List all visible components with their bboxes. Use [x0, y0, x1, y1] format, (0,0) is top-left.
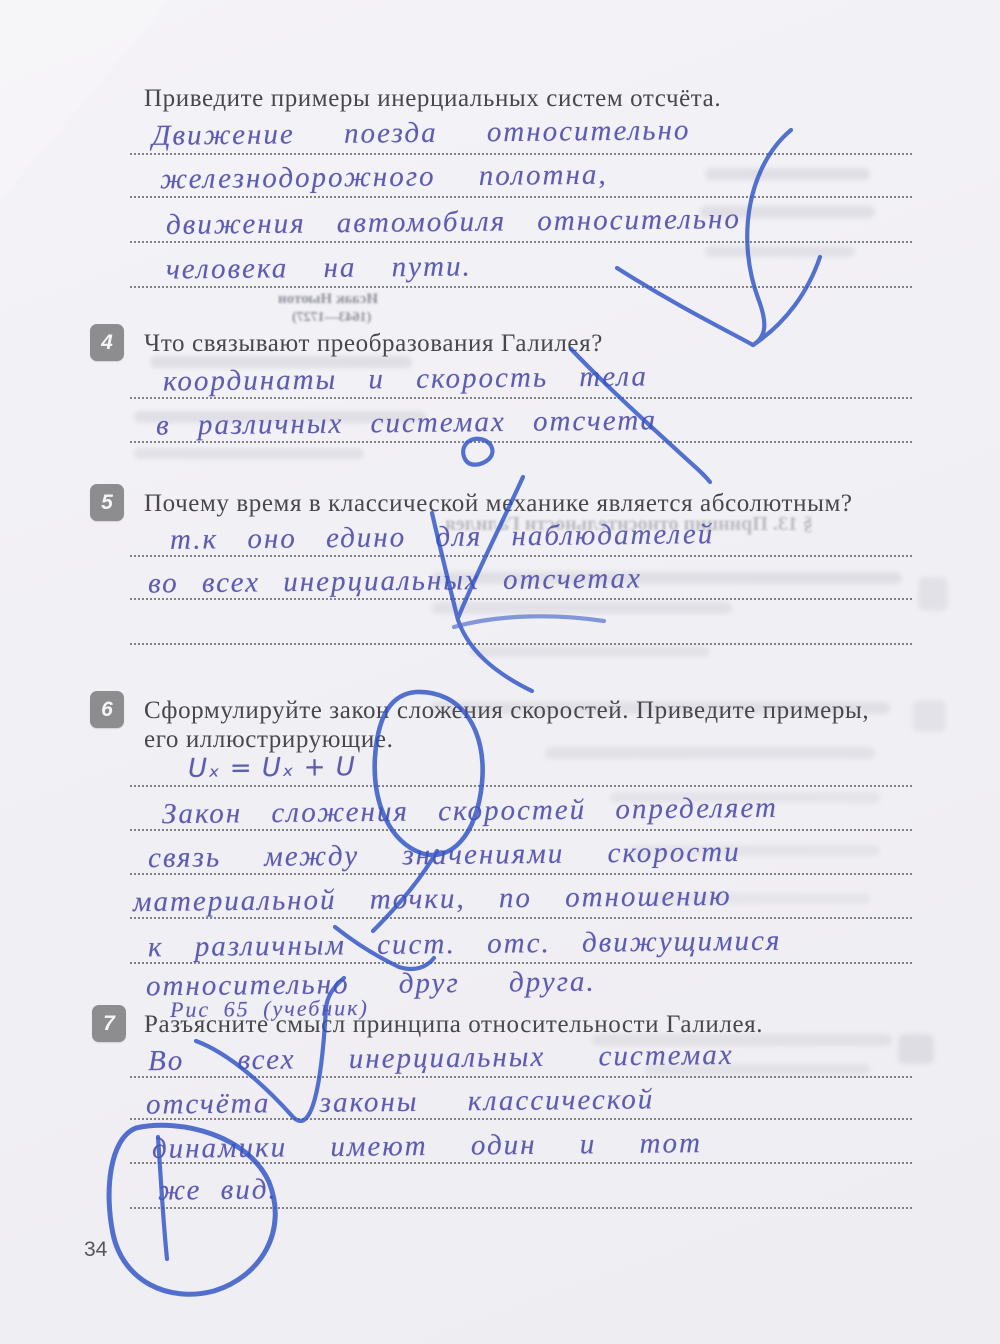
workbook-page: Исаак Ньютон (1643—1727) § 13. Принцип о… — [0, 0, 1000, 1344]
handwriting-line: железнодорожного полотна, — [160, 159, 608, 197]
question-6-number: 6 — [101, 698, 113, 722]
pen-stroke — [753, 257, 820, 345]
bleedthrough-stripe — [705, 246, 855, 257]
pen-stroke — [747, 130, 791, 345]
bleedthrough-badge-blob — [898, 1034, 934, 1064]
handwriting-line: Движение поезда относительно — [152, 114, 691, 153]
handwriting-line: динамики имеют один и тот — [152, 1127, 702, 1166]
rule-line — [130, 153, 912, 155]
rule-line — [130, 1207, 912, 1209]
handwriting-line: Во всех инерциальных системах — [148, 1039, 734, 1078]
handwriting-line: отсчёта законы классической — [146, 1083, 655, 1121]
question-7-text: Разъясните смысл принципа относительност… — [144, 1011, 763, 1039]
handwriting-line: т.к оно едино для наблюдателей — [170, 518, 715, 557]
rule-line — [130, 196, 912, 198]
handwriting-line: Закон сложения скоростей определяет — [162, 792, 778, 831]
question-4-text: Что связывают преобразования Галилея? — [144, 330, 603, 358]
rule-line — [130, 785, 912, 787]
handwriting-line: движения автомобиля относительно — [166, 203, 741, 242]
rule-line — [130, 241, 912, 243]
handwriting-line: координаты и скорость тела — [163, 360, 648, 398]
bleedthrough-stripe — [545, 747, 875, 759]
bleedthrough-badge-blob — [918, 577, 948, 611]
bleedthrough-newton-name: Исаак Ньютон — [278, 291, 378, 308]
pen-stroke — [454, 616, 604, 627]
bleedthrough-stripe — [470, 646, 710, 657]
question-7-badge: 7 — [92, 1005, 126, 1042]
intro-question-text: Приведите примеры инерциальных систем от… — [144, 85, 721, 113]
pen-stroke — [617, 268, 753, 345]
question-5-badge: 5 — [90, 484, 124, 521]
bleedthrough-badge-blob — [912, 700, 946, 732]
handwriting-line: во всех инерциальных отсчетах — [148, 562, 642, 600]
bleedthrough-newton-years: (1643—1727) — [292, 310, 371, 326]
question-6-text-line2: его иллюстрирующие. — [144, 726, 393, 754]
handwriting-line: в различных системах отсчета — [156, 404, 657, 442]
rule-line — [130, 643, 912, 645]
question-6-badge: 6 — [90, 691, 124, 728]
handwriting-line: материальной точки, по отношению — [133, 880, 732, 919]
bleedthrough-stripe — [432, 602, 732, 614]
handwriting-formula: Uₓ = Uₓ + U — [188, 752, 356, 784]
question-4-number: 4 — [101, 331, 113, 355]
question-5-text: Почему время в классической механике явл… — [144, 490, 853, 518]
bleedthrough-stripe — [705, 168, 870, 180]
question-5-number: 5 — [101, 491, 113, 515]
question-7-number: 7 — [103, 1012, 115, 1036]
question-4-badge: 4 — [90, 324, 124, 361]
handwriting-line: человека на пути. — [166, 250, 472, 286]
handwriting-line: связь между значениями скорости — [148, 836, 741, 875]
handwriting-line: же вид. — [158, 1173, 278, 1207]
bleedthrough-stripe — [134, 448, 364, 459]
question-6-text-line1: Сформулируйте закон сложения скоростей. … — [144, 697, 869, 725]
handwriting-line: к различным сист. отс. движущимися — [148, 925, 782, 965]
rule-line — [130, 286, 912, 288]
page-number: 34 — [84, 1238, 107, 1262]
